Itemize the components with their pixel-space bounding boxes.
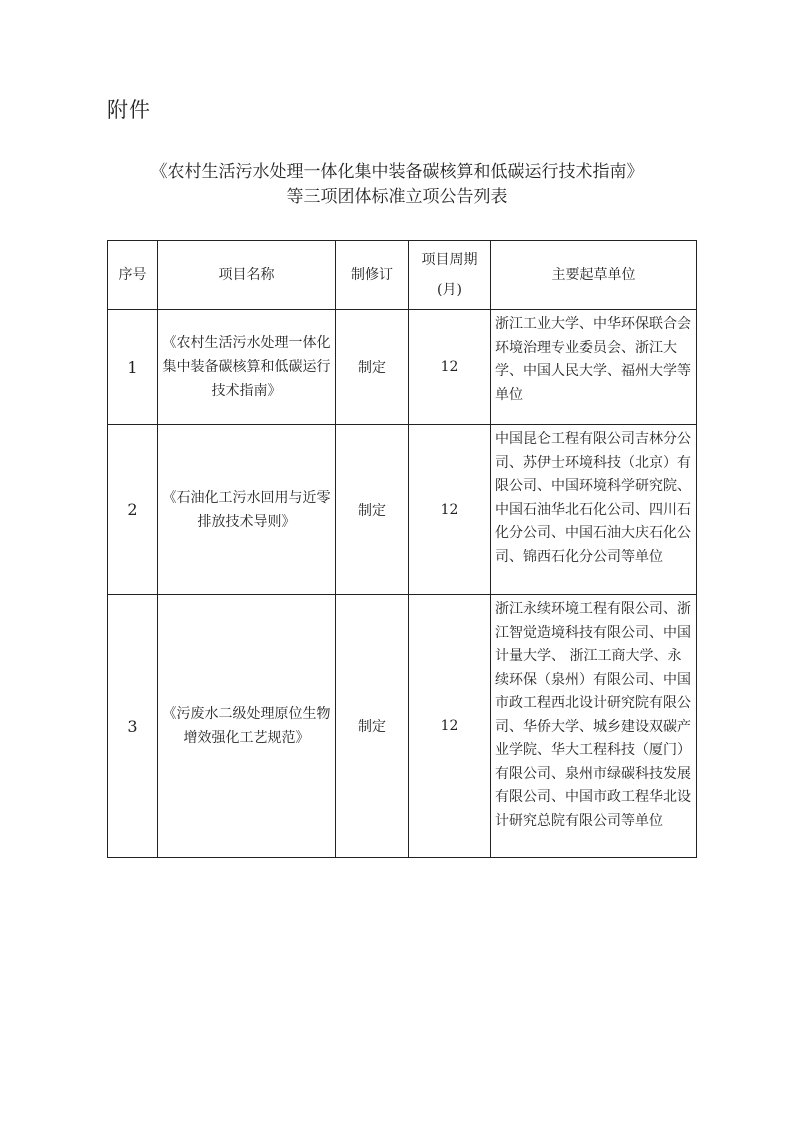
table-row: 2 《石油化工污水回用与近零排放技术导则》 制定 12 中国昆仑工程有限公司吉林… bbox=[108, 425, 697, 595]
row-orgs: 中国昆仑工程有限公司吉林分公司、苏伊士环境科技（北京）有限公司、中国环境科学研究… bbox=[491, 425, 697, 595]
header-period-line2: (月) bbox=[409, 275, 490, 305]
document-title-line2: 等三项团体标准立项公告列表 bbox=[0, 185, 794, 210]
header-type: 制修订 bbox=[336, 241, 409, 310]
row-period: 12 bbox=[409, 595, 491, 858]
header-name: 项目名称 bbox=[158, 241, 336, 310]
row-index: 1 bbox=[108, 310, 158, 425]
row-index: 2 bbox=[108, 425, 158, 595]
header-period: 项目周期 (月) bbox=[409, 241, 491, 310]
row-orgs: 浙江工业大学、中华环保联合会环境治理专业委员会、浙江大学、中国人民大学、福州大学… bbox=[491, 310, 697, 425]
row-period: 12 bbox=[409, 425, 491, 595]
table-row: 1 《农村生活污水处理一体化集中装备碳核算和低碳运行技术指南》 制定 12 浙江… bbox=[108, 310, 697, 425]
row-type: 制定 bbox=[336, 425, 409, 595]
header-orgs: 主要起草单位 bbox=[491, 241, 697, 310]
header-index: 序号 bbox=[108, 241, 158, 310]
row-name: 《石油化工污水回用与近零排放技术导则》 bbox=[158, 425, 336, 595]
row-type: 制定 bbox=[336, 310, 409, 425]
row-index: 3 bbox=[108, 595, 158, 858]
row-name: 《农村生活污水处理一体化集中装备碳核算和低碳运行技术指南》 bbox=[158, 310, 336, 425]
standards-table: 序号 项目名称 制修订 项目周期 (月) 主要起草单位 1 《农村生活污水处理一… bbox=[107, 240, 697, 858]
header-period-line1: 项目周期 bbox=[409, 245, 490, 275]
table-header-row: 序号 项目名称 制修订 项目周期 (月) 主要起草单位 bbox=[108, 241, 697, 310]
document-title-line1: 《农村生活污水处理一体化集中装备碳核算和低碳运行技术指南》 bbox=[0, 160, 794, 185]
row-orgs: 浙江永续环境工程有限公司、浙江智觉造境科技有限公司、中国计量大学、 浙江工商大学… bbox=[491, 595, 697, 858]
row-name: 《污废水二级处理原位生物增效强化工艺规范》 bbox=[158, 595, 336, 858]
attachment-label: 附件 bbox=[107, 94, 151, 124]
row-type: 制定 bbox=[336, 595, 409, 858]
row-period: 12 bbox=[409, 310, 491, 425]
table-row: 3 《污废水二级处理原位生物增效强化工艺规范》 制定 12 浙江永续环境工程有限… bbox=[108, 595, 697, 858]
